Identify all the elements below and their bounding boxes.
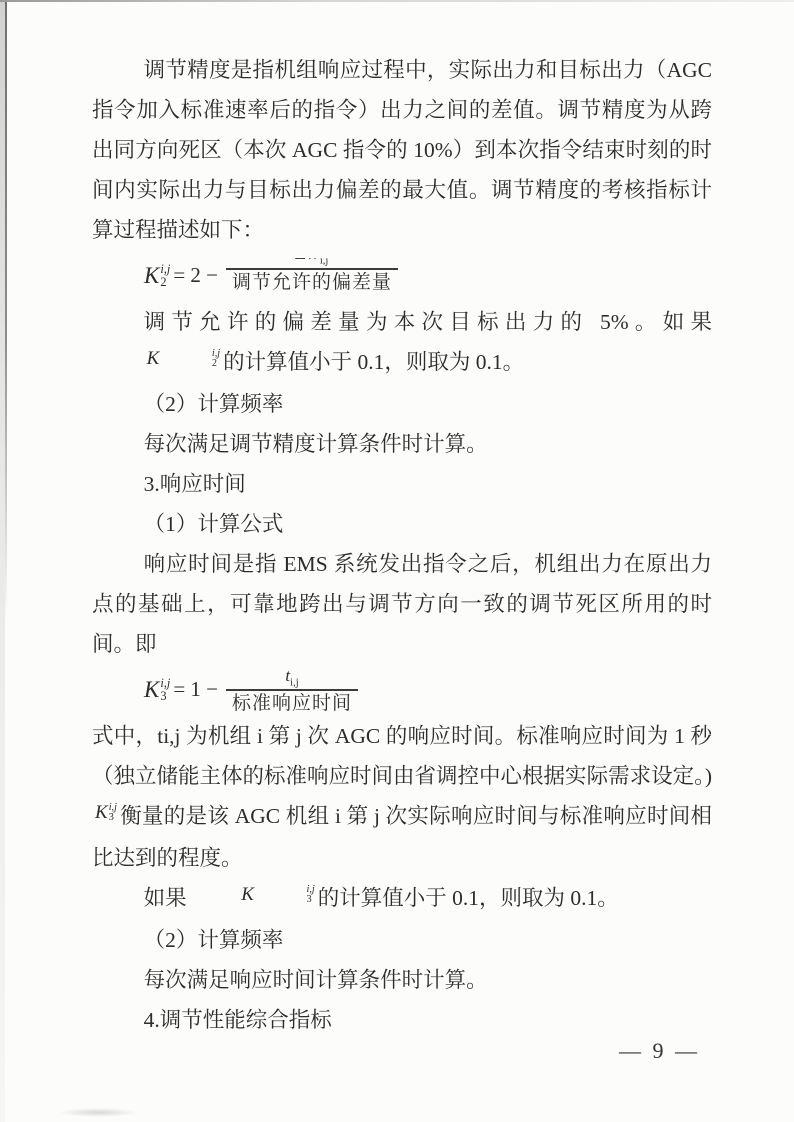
scan-artifact-left-line — [5, 0, 7, 620]
scan-artifact-top-line — [0, 0, 794, 2]
formula-k2: Ki,j2 = 2 − ΔWi,j 调节允许的偏差量 — [92, 250, 712, 302]
heading-composite-index: 4.调节性能综合指标 — [92, 1000, 712, 1040]
heading-response-time: 3.响应时间 — [92, 464, 712, 504]
para-adjustment-precision: 调节精度是指机组响应过程中，实际出力和目标出力（AGC指令加入标准速率后的指令）… — [92, 50, 712, 250]
heading-calc-frequency-1: （2）计算频率 — [92, 384, 712, 424]
scan-artifact-smudge — [58, 1108, 138, 1117]
k2-rhs: = 2 − — [173, 264, 218, 287]
k2-numerator-clipped: ΔWi,j — [286, 258, 339, 267]
k3-symbol: Ki,j3 — [144, 677, 170, 702]
k2-symbol: Ki,j2 — [144, 263, 170, 288]
para-k3-explanation: 式中，ti,j 为机组 i 第 j 次 AGC 的响应时间。标准响应时间为 1 … — [92, 716, 712, 878]
para-allowance-threshold: 调节允许的偏差量为本次目标出力的 5%。如果Ki,j2的计算值小于 0.1，则取… — [92, 302, 712, 384]
para-k3-threshold: 如果Ki,j3的计算值小于 0.1，则取为 0.1。 — [92, 878, 712, 920]
k3-rhs: = 1 − — [173, 678, 218, 701]
k3-denominator: 标准响应时间 — [226, 691, 358, 714]
para-calc-frequency-1: 每次满足调节精度计算条件时计算。 — [92, 424, 712, 464]
k2-denominator: 调节允许的偏差量 — [226, 270, 398, 293]
k3-symbol-inline: Ki,j3 — [95, 793, 117, 833]
k3-fraction: ti,j 标准响应时间 — [226, 666, 358, 714]
k2-symbol-inline: Ki,j2 — [95, 339, 220, 379]
page-number: — 9 — — [619, 1038, 700, 1064]
para-response-time-definition: 响应时间是指 EMS 系统发出指令之后，机组出力在原出力点的基础上，可靠地跨出与… — [92, 544, 712, 664]
heading-calc-formula: （1）计算公式 — [92, 504, 712, 544]
heading-calc-frequency-2: （2）计算频率 — [92, 920, 712, 960]
para-calc-frequency-2: 每次满足响应时间计算条件时计算。 — [92, 960, 712, 1000]
page-content: 调节精度是指机组响应过程中，实际出力和目标出力（AGC指令加入标准速率后的指令）… — [92, 50, 712, 1040]
k3-numerator: ti,j — [275, 666, 308, 689]
formula-k3: Ki,j3 = 1 − ti,j 标准响应时间 — [92, 664, 712, 716]
k3-symbol-inline: Ki,j3 — [190, 875, 315, 915]
k2-fraction: ΔWi,j 调节允许的偏差量 — [226, 258, 398, 293]
document-page: 调节精度是指机组响应过程中，实际出力和目标出力（AGC指令加入标准速率后的指令）… — [0, 0, 794, 1122]
